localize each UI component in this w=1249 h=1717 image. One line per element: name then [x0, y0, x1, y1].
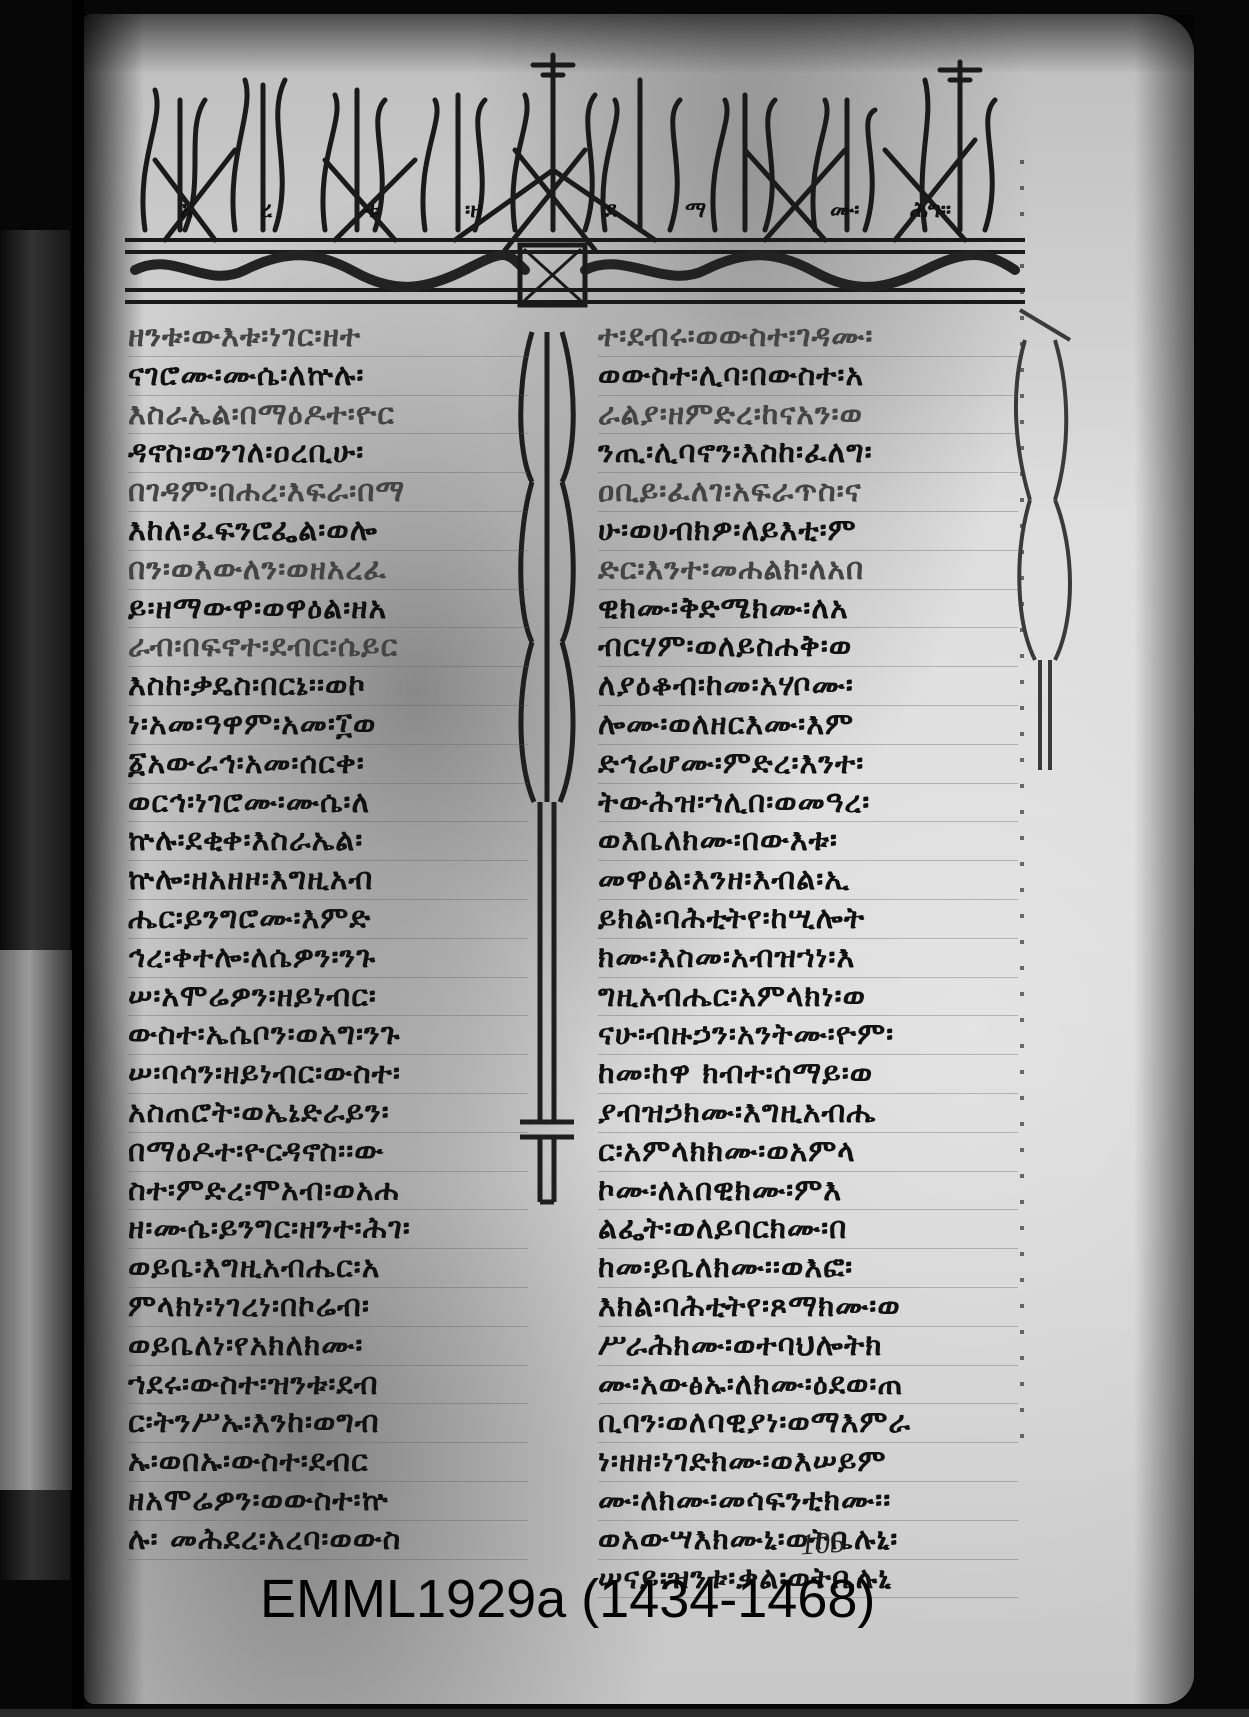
text-line: ልፌት፡ወለይባርክሙ፡በ — [598, 1210, 1018, 1249]
text-line: ዳኖስ፡ወንገለ፡ዐረቢሁ፡ — [128, 434, 528, 473]
headpiece-letter: ፡ዘ — [465, 198, 482, 223]
text-line: ተ፡ደብሩ፡ወውስተ፡ገዳሙ፡ — [598, 318, 1018, 357]
text-line: መዋዕል፡እንዘ፡እብል፡ኢ — [598, 861, 1018, 900]
text-line: በማዕዶተ፡ዮርዳኖስ፡፡ው — [128, 1133, 528, 1172]
text-line: ከመ፡ይቤለክሙ፡፡ወእፎ፡ — [598, 1249, 1018, 1288]
text-line: ር፡ትንሥኡ፡እንከ፡ወግብ — [128, 1404, 528, 1443]
text-line: ስተ፡ምድረ፡ሞአብ፡ወአሐ — [128, 1172, 528, 1211]
headpiece-inscription: አ ረ ቱ ፡ዘ ደ ማ ሙ፡ ሕግ፡፡ — [125, 198, 1025, 228]
scan-frame: አ ረ ቱ ፡ዘ ደ ማ ሙ፡ ሕግ፡፡ — [0, 0, 1249, 1717]
text-line: ወእቤለክሙ፡በውእቱ፡ — [598, 822, 1018, 861]
text-line: ራብ፡በፍኖተ፡ደብር፡ሴይር — [128, 628, 528, 667]
text-line: ዘአሞሬዎን፡ወውስተ፡ኵ — [128, 1482, 528, 1521]
text-line: ወይቤ፡እግዚአብሔር፡አ — [128, 1249, 528, 1288]
left-text-column: ዘንቱ፡ውእቱ፡ነገር፡ዘተ ናገሮሙ፡ሙሴ፡ለኵሉ፡ እስራኤል፡በማዕዶተ፡… — [128, 318, 528, 1560]
text-line: በገዳም፡በሐረ፡እፍራ፡በማ — [128, 473, 528, 512]
headpiece-letter: ረ — [260, 198, 272, 223]
text-line: ዐቢይ፡ፈለገ፡አፍራጥስ፡ና — [598, 473, 1018, 512]
text-line: እስከ፡ቃዴስ፡በርኔ፡፡ወኮ — [128, 667, 528, 706]
interlace-headpiece: አ ረ ቱ ፡ዘ ደ ማ ሙ፡ ሕግ፡፡ — [125, 40, 1025, 310]
text-line: ውስተ፡ኤሴቦን፡ወአግ፡ንጉ — [128, 1016, 528, 1055]
text-line: ትውሕዝ፡ኀሊበ፡ወመዓረ፡ — [598, 784, 1018, 823]
text-line: ምላክነ፡ነገረነ፡በኮሬብ፡ — [128, 1288, 528, 1327]
text-line: ሎሙ፡ወለዘርእሙ፡እም — [598, 706, 1018, 745]
text-line: ነ፡አመ፡ዓዋም፡አመ፡፲ወ — [128, 706, 528, 745]
text-line: ያብዝኃክሙ፡እግዚአብሔ — [598, 1094, 1018, 1133]
text-line: ወውስተ፡ሊባ፡በውስተ፡አ — [598, 357, 1018, 396]
text-line: እስራኤል፡በማዕዶተ፡ዮር — [128, 396, 528, 435]
text-line: ኡ፡ወበኡ፡ውስተ፡ደብር — [128, 1443, 528, 1482]
text-line: ይ፡ዘማውዋ፡ወዋዕል፡ዘአ — [128, 590, 528, 629]
folio-number: 105 — [799, 1525, 846, 1562]
text-line: ወርኅ፡ነገሮሙ፡ሙሴ፡ለ — [128, 784, 528, 823]
text-line: ፩አውራኅ፡አመ፡ሰርቀ፡ — [128, 745, 528, 784]
text-line: ኀደሩ፡ውስተ፡ዝንቱ፡ደብ — [128, 1366, 528, 1405]
text-line: እክል፡ባሕቲትየ፡ጾማክሙ፡ወ — [598, 1288, 1018, 1327]
text-line: ሠ፡ባሳን፡ዘይነብር፡ውስተ፡ — [128, 1055, 528, 1094]
text-line: ክሙ፡እስመ፡አብዝኀነ፡እ — [598, 939, 1018, 978]
binding-gutter — [72, 0, 84, 1717]
text-line: ኵሎ፡ዘአዘዞ፡እግዚአብ — [128, 861, 528, 900]
text-line: ዘ፡ሙሴ፡ይንግር፡ዘንተ፡ሕገ፡ — [128, 1210, 528, 1249]
headpiece-letter: ማ — [685, 198, 706, 223]
text-line: ንጢ፡ሊባኖን፡እስከ፡ፈለግ፡ — [598, 434, 1018, 473]
text-line: ሁ፡ወሀብክዎ፡ለይእቲ፡ም — [598, 512, 1018, 551]
text-line: ዘንቱ፡ውእቱ፡ነገር፡ዘተ — [128, 318, 528, 357]
previous-page-lower-edge — [0, 950, 72, 1490]
headpiece-letter: አ — [180, 198, 193, 223]
text-line: ዊክሙ፡ቅድሜክሙ፡ለአ — [598, 590, 1018, 629]
text-line: ከመ፡ከዋ ክብተ፡ሰማይ፡ወ — [598, 1055, 1018, 1094]
text-line: ኵሉ፡ደቂቀ፡እስራኤል፡ — [128, 822, 528, 861]
text-line: ናሁ፡ብዙኃን፡አንትሙ፡ዮም፡ — [598, 1016, 1018, 1055]
text-line: በን፡ወእውለን፡ወዘአረፈ — [128, 551, 528, 590]
text-line: ሙ፡ለክሙ፡መሳፍንቲክሙ፡፡ — [598, 1482, 1018, 1521]
text-line: ኮሙ፡ለአበዊክሙ፡ምእ — [598, 1172, 1018, 1211]
text-line: ሥራሕክሙ፡ወተባህሎትክ — [598, 1327, 1018, 1366]
headpiece-letter: ሕግ፡፡ — [910, 198, 951, 223]
text-line: ነ፡ዘዘ፡ነገድክሙ፡ወእሠይም — [598, 1443, 1018, 1482]
headpiece-letter: ቱ — [365, 198, 380, 223]
bottom-border — [0, 1709, 1249, 1717]
text-line: እከለ፡ፈፍንሮፌል፡ወሎ — [128, 512, 528, 551]
text-line: ይክል፡ባሕቲትየ፡ከሢሎት — [598, 900, 1018, 939]
text-line: ብርሃም፡ወለይስሐቅ፡ወ — [598, 628, 1018, 667]
right-text-column: ተ፡ደብሩ፡ወውስተ፡ገዳሙ፡ ወውስተ፡ሊባ፡በውስተ፡አ ራልያ፡ዘምድረ፡… — [598, 318, 1018, 1598]
text-line: አስጠሮት፡ወኤኔድራይን፡ — [128, 1094, 528, 1133]
text-line: ኅረ፡ቀተሎ፡ለሴዎን፡ንጉ — [128, 939, 528, 978]
text-line: ግዚአብሔር፡አምላክነ፡ወ — [598, 978, 1018, 1017]
text-line: ድር፡እንተ፡መሐልክ፡ለአበ — [598, 551, 1018, 590]
text-line: ራልያ፡ዘምድረ፡ከናአን፡ወ — [598, 396, 1018, 435]
marginal-interlace-icon — [1010, 300, 1080, 800]
text-line: ወይቤለነ፡የአክለክሙ፡ — [128, 1327, 528, 1366]
text-line: ሙ፡አውፅኡ፡ለክሙ፡ዕደወ፡ጠ — [598, 1366, 1018, 1405]
text-line: ር፡አምላክክሙ፡ወአምላ — [598, 1133, 1018, 1172]
text-line: ሉ፡ መሕደረ፡አረባ፡ወውስ — [128, 1521, 528, 1560]
text-line: ድኅሬሆሙ፡ምድረ፡እንተ፡ — [598, 745, 1018, 784]
text-line: ለያዕቆብ፡ከመ፡አሃቦሙ፡ — [598, 667, 1018, 706]
right-margin-ornament — [1010, 300, 1080, 800]
headpiece-ornament-icon — [125, 40, 1025, 310]
text-line: ቢባን፡ወለባዊያነ፡ወማእምራ — [598, 1404, 1018, 1443]
headpiece-letter: ሙ፡ — [830, 198, 860, 223]
text-line: ናገሮሙ፡ሙሴ፡ለኵሉ፡ — [128, 357, 528, 396]
page-right-edge — [1134, 14, 1194, 1704]
text-line: ሠ፡አሞሬዎን፡ዘይነብር፡ — [128, 978, 528, 1017]
text-line: ሔር፡ይንግሮሙ፡እምድ — [128, 900, 528, 939]
manuscript-caption: EMML1929a (1434-1468) — [260, 1568, 875, 1630]
headpiece-letter: ደ — [605, 198, 617, 223]
